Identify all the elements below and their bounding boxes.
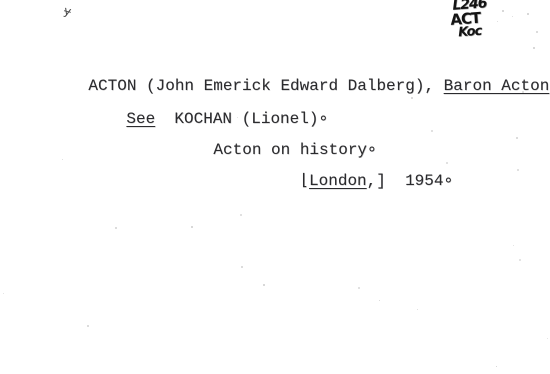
scan-speck	[431, 130, 433, 132]
heading-title-underlined: Baron Acton	[444, 77, 550, 95]
see-label-underlined: See	[126, 110, 155, 128]
scan-speck	[115, 227, 117, 229]
scan-speck	[417, 309, 418, 310]
scan-speck	[241, 266, 243, 268]
scan-speck	[379, 300, 380, 301]
scan-speck	[496, 366, 497, 367]
imprint-line: ⌊London,] 1954∘	[261, 151, 453, 211]
scan-speck	[513, 245, 514, 246]
scan-speck	[517, 169, 519, 171]
scan-speck	[3, 293, 4, 294]
scan-speck	[87, 325, 89, 327]
pencil-mark: ɏ	[62, 3, 72, 18]
scan-speck	[62, 159, 63, 160]
scan-speck	[547, 338, 548, 339]
scan-speck	[516, 137, 518, 139]
classmark-reference-code: Koc	[458, 23, 511, 41]
scan-speck	[237, 117, 238, 118]
scan-speck	[240, 214, 242, 216]
scan-speck	[522, 91, 524, 93]
scan-speck	[497, 21, 498, 22]
scan-speck	[191, 226, 193, 228]
scan-speck	[358, 287, 360, 289]
imprint-year: ,] 1954∘	[367, 172, 453, 190]
scan-speck	[502, 10, 504, 12]
scan-speck	[263, 284, 265, 286]
scan-speck	[536, 31, 538, 33]
scan-speck	[519, 259, 521, 261]
imprint-place-underlined: London	[309, 172, 367, 190]
classmark-annotation: L246 ACT Koc	[448, 0, 511, 41]
imprint-bracket-open: ⌊	[299, 172, 309, 190]
scan-speck	[446, 162, 448, 164]
scan-speck	[512, 16, 513, 17]
scan-speck	[527, 13, 529, 15]
scan-speck	[411, 97, 413, 99]
scan-speck	[533, 47, 535, 49]
catalog-card: ɏ L246 ACT Koc ACTON (John Emerick Edwar…	[0, 0, 550, 374]
